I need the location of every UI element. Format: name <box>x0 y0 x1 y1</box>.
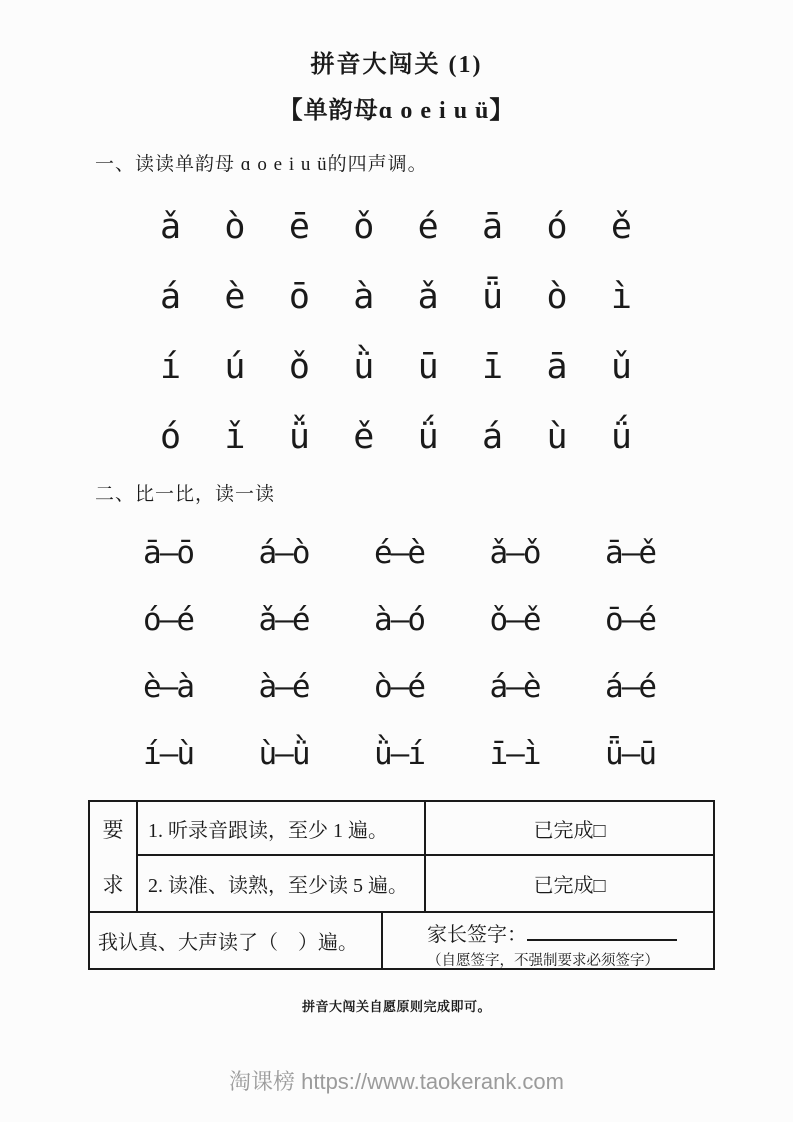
requirements-tasks: 1. 听录音跟读，至少 1 遍。 已完成□ 2. 读准、读熟，至少读 5 遍。 … <box>138 802 713 911</box>
pinyin-cell: è <box>224 280 245 315</box>
signature-note: （自愿签字，不强制要求必须签字） <box>427 949 705 970</box>
requirements-label-top: 要 <box>90 802 136 857</box>
section2-heading: 二、比一比，读一读 <box>95 482 793 508</box>
compare-row: í—ù ù—ǜ ǜ—í ī—ì ǖ—ū <box>143 721 655 788</box>
pinyin-cell: é <box>418 210 439 245</box>
pinyin-pair: è—à <box>143 672 193 703</box>
pinyin-cell: ē <box>289 210 310 245</box>
pinyin-cell: ǐ <box>224 420 245 455</box>
pinyin-cell: ó <box>546 210 567 245</box>
pinyin-cell: ǖ <box>482 280 503 315</box>
footer-note: 拼音大闯关自愿原则完成即可。 <box>0 996 793 1015</box>
compare-grid: ā—ō á—ò é—è ǎ—ǒ ā—ě ó—é ǎ—é à—ó ǒ—ě ō—é … <box>143 520 655 788</box>
task-row: 1. 听录音跟读，至少 1 遍。 已完成□ <box>138 802 713 854</box>
pinyin-pair: á—é <box>605 672 655 703</box>
requirements-top: 要 求 1. 听录音跟读，至少 1 遍。 已完成□ 2. 读准、读熟，至少读 5… <box>90 802 713 913</box>
signature-blank-line <box>527 919 677 941</box>
pinyin-cell: à <box>353 280 374 315</box>
pinyin-pair: ǎ—ǒ <box>490 538 540 569</box>
pinyin-cell: ā <box>546 350 567 385</box>
pinyin-cell: á <box>482 420 503 455</box>
requirements-bottom: 我认真、大声读了（ ）遍。 家长签字： （自愿签字，不强制要求必须签字） <box>90 913 713 968</box>
read-count-cell: 我认真、大声读了（ ）遍。 <box>90 913 383 968</box>
pinyin-cell: ā <box>482 210 503 245</box>
tone-row: í ú ǒ ǜ ū ī ā ǔ <box>160 332 632 402</box>
task-text: 2. 读准、读熟，至少读 5 遍。 <box>138 856 426 911</box>
tone-drill-grid: ǎ ò ē ǒ é ā ó ě á è ō à ǎ ǖ ò ì í ú ǒ ǜ … <box>160 192 632 472</box>
tone-row: ǎ ò ē ǒ é ā ó ě <box>160 192 632 262</box>
pinyin-cell: ǘ <box>418 420 439 455</box>
section1-heading: 一、读读单韵母 ɑ o e i u ü的四声调。 <box>95 152 793 178</box>
compare-row: ā—ō á—ò é—è ǎ—ǒ ā—ě <box>143 520 655 587</box>
task-text: 1. 听录音跟读，至少 1 遍。 <box>138 802 426 854</box>
pinyin-cell: ǘ <box>611 420 632 455</box>
pinyin-pair: í—ù <box>143 739 193 770</box>
pinyin-pair: à—é <box>259 672 309 703</box>
pinyin-cell: ǎ <box>418 280 439 315</box>
pinyin-cell: í <box>160 350 181 385</box>
pinyin-cell: ǚ <box>289 420 310 455</box>
task-status-checkbox: 已完成□ <box>426 869 713 898</box>
pinyin-cell: ě <box>353 420 374 455</box>
pinyin-cell: ú <box>224 350 245 385</box>
pinyin-cell: ū <box>418 350 439 385</box>
signature-line-row: 家长签字： <box>427 918 705 947</box>
page-subtitle: 【单韵母ɑ o e i u ü】 <box>0 96 793 126</box>
pinyin-cell: ǎ <box>160 210 181 245</box>
pinyin-cell: ǜ <box>353 350 374 385</box>
pinyin-pair: ó—é <box>143 605 193 636</box>
pinyin-cell: ó <box>160 420 181 455</box>
pinyin-cell: ǒ <box>289 350 310 385</box>
pinyin-cell: ō <box>289 280 310 315</box>
pinyin-pair: ò—é <box>374 672 424 703</box>
requirements-table: 要 求 1. 听录音跟读，至少 1 遍。 已完成□ 2. 读准、读熟，至少读 5… <box>88 800 715 970</box>
pinyin-cell: ì <box>611 280 632 315</box>
pinyin-pair: ǒ—ě <box>490 605 540 636</box>
pinyin-cell: ǔ <box>611 350 632 385</box>
pinyin-cell: ǒ <box>353 210 374 245</box>
tone-row: ó ǐ ǚ ě ǘ á ù ǘ <box>160 402 632 472</box>
pinyin-pair: ǎ—é <box>259 605 309 636</box>
pinyin-pair: á—ò <box>259 538 309 569</box>
page-title: 拼音大闯关 (1) <box>0 50 793 80</box>
pinyin-cell: á <box>160 280 181 315</box>
pinyin-cell: ù <box>546 420 567 455</box>
pinyin-pair: ǖ—ū <box>605 739 655 770</box>
requirements-label-bottom: 求 <box>90 857 136 912</box>
pinyin-pair: ǜ—í <box>374 739 424 770</box>
pinyin-pair: ā—ě <box>605 538 655 569</box>
task-row: 2. 读准、读熟，至少读 5 遍。 已完成□ <box>138 854 713 911</box>
watermark-text: 淘课榜 https://www.taokerank.com <box>0 1065 793 1096</box>
pinyin-pair: ō—é <box>605 605 655 636</box>
pinyin-cell: ò <box>224 210 245 245</box>
pinyin-pair: é—è <box>374 538 424 569</box>
pinyin-cell: ò <box>546 280 567 315</box>
worksheet-page: 拼音大闯关 (1) 【单韵母ɑ o e i u ü】 一、读读单韵母 ɑ o e… <box>0 0 793 1122</box>
compare-row: è—à à—é ò—é á—è á—é <box>143 654 655 721</box>
signature-label: 家长签字： <box>427 924 527 946</box>
task-status-checkbox: 已完成□ <box>426 814 713 843</box>
tone-row: á è ō à ǎ ǖ ò ì <box>160 262 632 332</box>
pinyin-pair: á—è <box>490 672 540 703</box>
pinyin-pair: à—ó <box>374 605 424 636</box>
signature-cell: 家长签字： （自愿签字，不强制要求必须签字） <box>383 913 713 968</box>
pinyin-pair: ù—ǜ <box>259 739 309 770</box>
pinyin-pair: ī—ì <box>490 739 540 770</box>
pinyin-pair: ā—ō <box>143 538 193 569</box>
pinyin-cell: ě <box>611 210 632 245</box>
pinyin-cell: ī <box>482 350 503 385</box>
compare-row: ó—é ǎ—é à—ó ǒ—ě ō—é <box>143 587 655 654</box>
requirements-label-column: 要 求 <box>90 802 138 911</box>
